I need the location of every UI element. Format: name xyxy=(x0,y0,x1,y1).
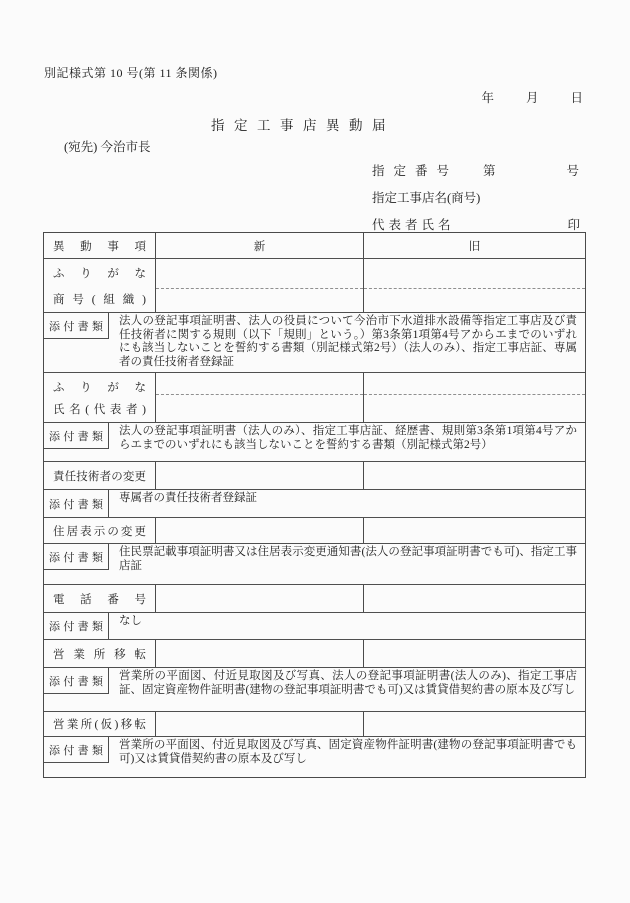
header-new-cell: 新 xyxy=(156,233,364,258)
phone-number-label: 電話番号 xyxy=(53,591,146,607)
row-attachments-engineer: 添付書類 専属者の責任技術者登録証 xyxy=(44,490,585,518)
attachments-text: 営業所の平面図、付近見取図及び写真、固定資産物件証明書(建物の登記事項証明書でも… xyxy=(109,737,585,767)
date-month-label: 月 xyxy=(526,88,539,106)
representative-label: 代表者氏名 xyxy=(372,218,455,232)
furigana-divider xyxy=(156,394,363,395)
designation-number-prefix: 第 xyxy=(483,161,496,179)
phone-number-old-field xyxy=(364,585,585,612)
phone-number-label-cell: 電話番号 xyxy=(44,585,156,612)
address-change-old-field xyxy=(364,518,585,543)
date-day-label: 日 xyxy=(570,88,583,106)
form-page: 別記様式第 10 号(第 11 条関係) 年 月 日 指定工事店異動届 (宛先)… xyxy=(0,0,630,903)
attachments-text: 営業所の平面図、付近見取図及び写真、法人の登記事項証明書(法人のみ)、指定工事店… xyxy=(109,668,585,698)
office-relocation-old-field xyxy=(364,640,585,667)
address-change-new-field xyxy=(156,518,364,543)
header-item-label: 異動事項 xyxy=(53,238,146,254)
row-temp-office-relocation: 営業所(仮)移転 xyxy=(44,712,585,737)
page-title: 指定工事店異動届 xyxy=(211,118,395,133)
trade-name-label: 商号(組織) xyxy=(53,291,146,307)
attachments-tag: 添付書類 xyxy=(44,544,109,570)
row-attachments-representative: 添付書類 法人の登記事項証明書（法人のみ）、指定工事店証、経歴書、規則第3条第1… xyxy=(44,423,585,462)
trade-name-new-field xyxy=(156,259,364,312)
table-header-row: 異動事項 新 旧 xyxy=(44,233,585,259)
furigana-label: ふりがな xyxy=(53,265,146,281)
representative-name-old-field xyxy=(364,373,585,422)
header-item-cell: 異動事項 xyxy=(44,233,156,258)
engineer-change-label: 責任技術者の変更 xyxy=(53,468,146,484)
attachments-tag-label: 添付書類 xyxy=(49,428,103,444)
representative-name-new-field xyxy=(156,373,364,422)
row-attachments-trade-name: 添付書類 法人の登記事項証明書、法人の役員について今治市下水道排水設備等指定工事… xyxy=(44,313,585,373)
trade-name-old-field xyxy=(364,259,585,312)
attachments-tag-label: 添付書類 xyxy=(49,496,103,512)
furigana-label: ふりがな xyxy=(53,379,146,395)
row-representative-name: ふりがな 氏名(代表者) xyxy=(44,373,585,423)
address-change-label-cell: 住居表示の変更 xyxy=(44,518,156,543)
header-old-label: 旧 xyxy=(469,238,481,254)
furigana-divider xyxy=(156,288,363,289)
engineer-change-old-field xyxy=(364,462,585,489)
office-relocation-label: 営業所移転 xyxy=(53,646,146,662)
attachments-tag-label: 添付書類 xyxy=(49,673,103,689)
row-engineer-change: 責任技術者の変更 xyxy=(44,462,585,490)
attachments-tag-label: 添付書類 xyxy=(49,618,103,634)
row-office-relocation: 営業所移転 xyxy=(44,640,585,668)
attachments-text: 法人の登記事項証明書、法人の役員について今治市下水道排水設備等指定工事店及び責任… xyxy=(109,313,585,370)
engineer-change-new-field xyxy=(156,462,364,489)
representative-name-label: 氏名(代表者) xyxy=(53,401,146,417)
date-year-label: 年 xyxy=(481,88,494,106)
header-new-label: 新 xyxy=(254,238,266,254)
attachments-tag: 添付書類 xyxy=(44,313,109,339)
row-address-change: 住居表示の変更 xyxy=(44,518,585,544)
trade-name-label-cell: ふりがな 商号(組織) xyxy=(44,259,156,312)
row-attachments-office: 添付書類 営業所の平面図、付近見取図及び写真、法人の登記事項証明書(法人のみ)、… xyxy=(44,668,585,712)
temp-office-relocation-label-cell: 営業所(仮)移転 xyxy=(44,712,156,736)
row-attachments-address: 添付書類 住民票記載事項証明書又は住居表示変更通知書(法人の登記事項証明書でも可… xyxy=(44,544,585,585)
date-line: 年 月 日 xyxy=(481,88,583,106)
shop-name-line: 指定工事店名(商号) xyxy=(372,188,586,215)
office-relocation-label-cell: 営業所移転 xyxy=(44,640,156,667)
furigana-divider xyxy=(364,394,585,395)
row-trade-name: ふりがな 商号(組織) xyxy=(44,259,585,313)
temp-office-relocation-label: 営業所(仮)移転 xyxy=(53,716,146,732)
designation-number-label: 指定番号 xyxy=(372,164,458,178)
attachments-tag-label: 添付書類 xyxy=(49,742,103,758)
attachments-tag: 添付書類 xyxy=(44,423,109,449)
page-title-wrap: 指定工事店異動届 xyxy=(0,114,606,135)
attachments-text: なし xyxy=(109,613,585,630)
engineer-change-label-cell: 責任技術者の変更 xyxy=(44,462,156,489)
representative-name-label-cell: ふりがな 氏名(代表者) xyxy=(44,373,156,422)
attachments-tag: 添付書類 xyxy=(44,613,109,639)
attachments-tag: 添付書類 xyxy=(44,668,109,694)
header-old-cell: 旧 xyxy=(364,233,585,258)
row-attachments-temp-office: 添付書類 営業所の平面図、付近見取図及び写真、固定資産物件証明書(建物の登記事項… xyxy=(44,737,585,777)
office-relocation-new-field xyxy=(156,640,364,667)
attachments-tag: 添付書類 xyxy=(44,737,109,763)
attachments-text: 住民票記載事項証明書又は住居表示変更通知書(法人の登記事項証明書でも可)、指定工… xyxy=(109,544,585,574)
temp-office-relocation-new-field xyxy=(156,712,364,736)
row-attachments-phone: 添付書類 なし xyxy=(44,613,585,640)
furigana-divider xyxy=(364,288,585,289)
row-phone-number: 電話番号 xyxy=(44,585,585,613)
attachments-text: 法人の登記事項証明書（法人のみ）、指定工事店証、経歴書、規則第3条第1項第4号ア… xyxy=(109,423,585,453)
change-items-table: 異動事項 新 旧 ふりがな 商号(組織) 添付書類 法人の登記事項証明書、法人の… xyxy=(43,232,586,778)
designation-number-suffix: 号 xyxy=(566,161,579,179)
address-change-label: 住居表示の変更 xyxy=(53,523,146,539)
temp-office-relocation-old-field xyxy=(364,712,585,736)
designation-number-line: 指定番号 第 号 xyxy=(372,161,586,188)
addressee: (宛先) 今治市長 xyxy=(64,137,150,155)
phone-number-new-field xyxy=(156,585,364,612)
attachments-tag: 添付書類 xyxy=(44,490,109,517)
attachments-tag-label: 添付書類 xyxy=(49,318,103,334)
attachments-text: 専属者の責任技術者登録証 xyxy=(109,490,585,507)
shop-name-label: 指定工事店名(商号) xyxy=(372,191,480,205)
designation-block: 指定番号 第 号 指定工事店名(商号) 代表者氏名 印 xyxy=(372,161,586,242)
seal-mark: 印 xyxy=(567,215,580,233)
form-number: 別記様式第 10 号(第 11 条関係) xyxy=(44,64,218,81)
attachments-tag-label: 添付書類 xyxy=(49,549,103,565)
